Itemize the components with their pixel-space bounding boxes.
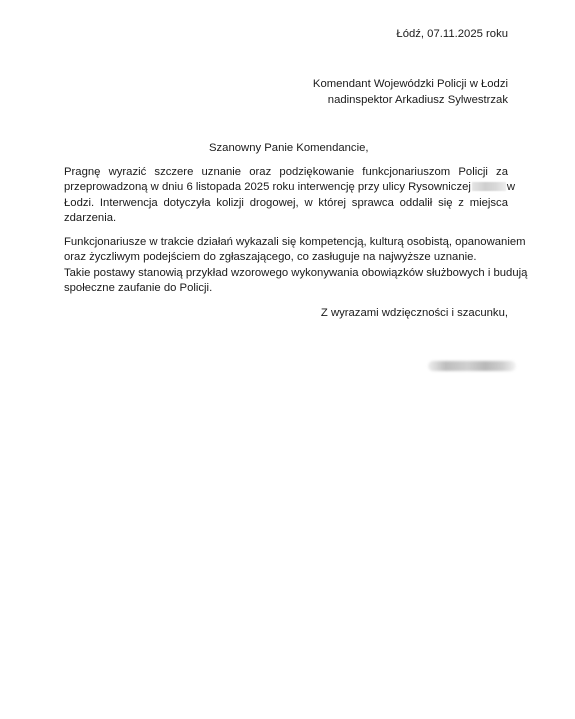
paragraph-line: społeczne zaufanie do Policji. bbox=[64, 281, 508, 296]
letter-date: Łódź, 07.11.2025 roku bbox=[396, 28, 508, 40]
recipient-block: Komendant Wojewódzki Policji w Łodzi nad… bbox=[313, 77, 508, 108]
paragraph-line-text: w bbox=[507, 181, 515, 193]
paragraph-gratitude: Pragnę wyrazić szczere uznanie oraz podz… bbox=[64, 165, 508, 227]
recipient-title: Komendant Wojewódzki Policji w Łodzi bbox=[313, 77, 508, 93]
paragraph-line: oraz życzliwym podejściem do zgłaszające… bbox=[64, 250, 508, 265]
greeting: Szanowny Panie Komendancie, bbox=[209, 142, 369, 154]
closing-phrase: Z wyrazami wdzięczności i szacunku, bbox=[321, 307, 508, 319]
redacted-signature bbox=[428, 361, 516, 371]
paragraph-line: Pragnę wyrazić szczere uznanie oraz podz… bbox=[64, 165, 508, 180]
paragraph-line: zdarzenia. bbox=[64, 211, 508, 226]
letter-page: Łódź, 07.11.2025 roku Komendant Wojewódz… bbox=[0, 0, 575, 719]
paragraph-line-text: przeprowadzoną w dniu 6 listopada 2025 r… bbox=[64, 181, 471, 193]
paragraph-praise: Funkcjonariusze w trakcie działań wykaza… bbox=[64, 235, 508, 297]
recipient-name: nadinspektor Arkadiusz Sylwestrzak bbox=[313, 93, 508, 109]
redacted-address-number bbox=[472, 182, 506, 191]
paragraph-line: Funkcjonariusze w trakcie działań wykaza… bbox=[64, 235, 508, 250]
paragraph-line-with-redaction: przeprowadzoną w dniu 6 listopada 2025 r… bbox=[64, 180, 508, 195]
paragraph-line: Łodzi. Interwencja dotyczyła kolizji dro… bbox=[64, 196, 508, 211]
paragraph-line: Takie postawy stanowią przykład wzoroweg… bbox=[64, 266, 508, 281]
